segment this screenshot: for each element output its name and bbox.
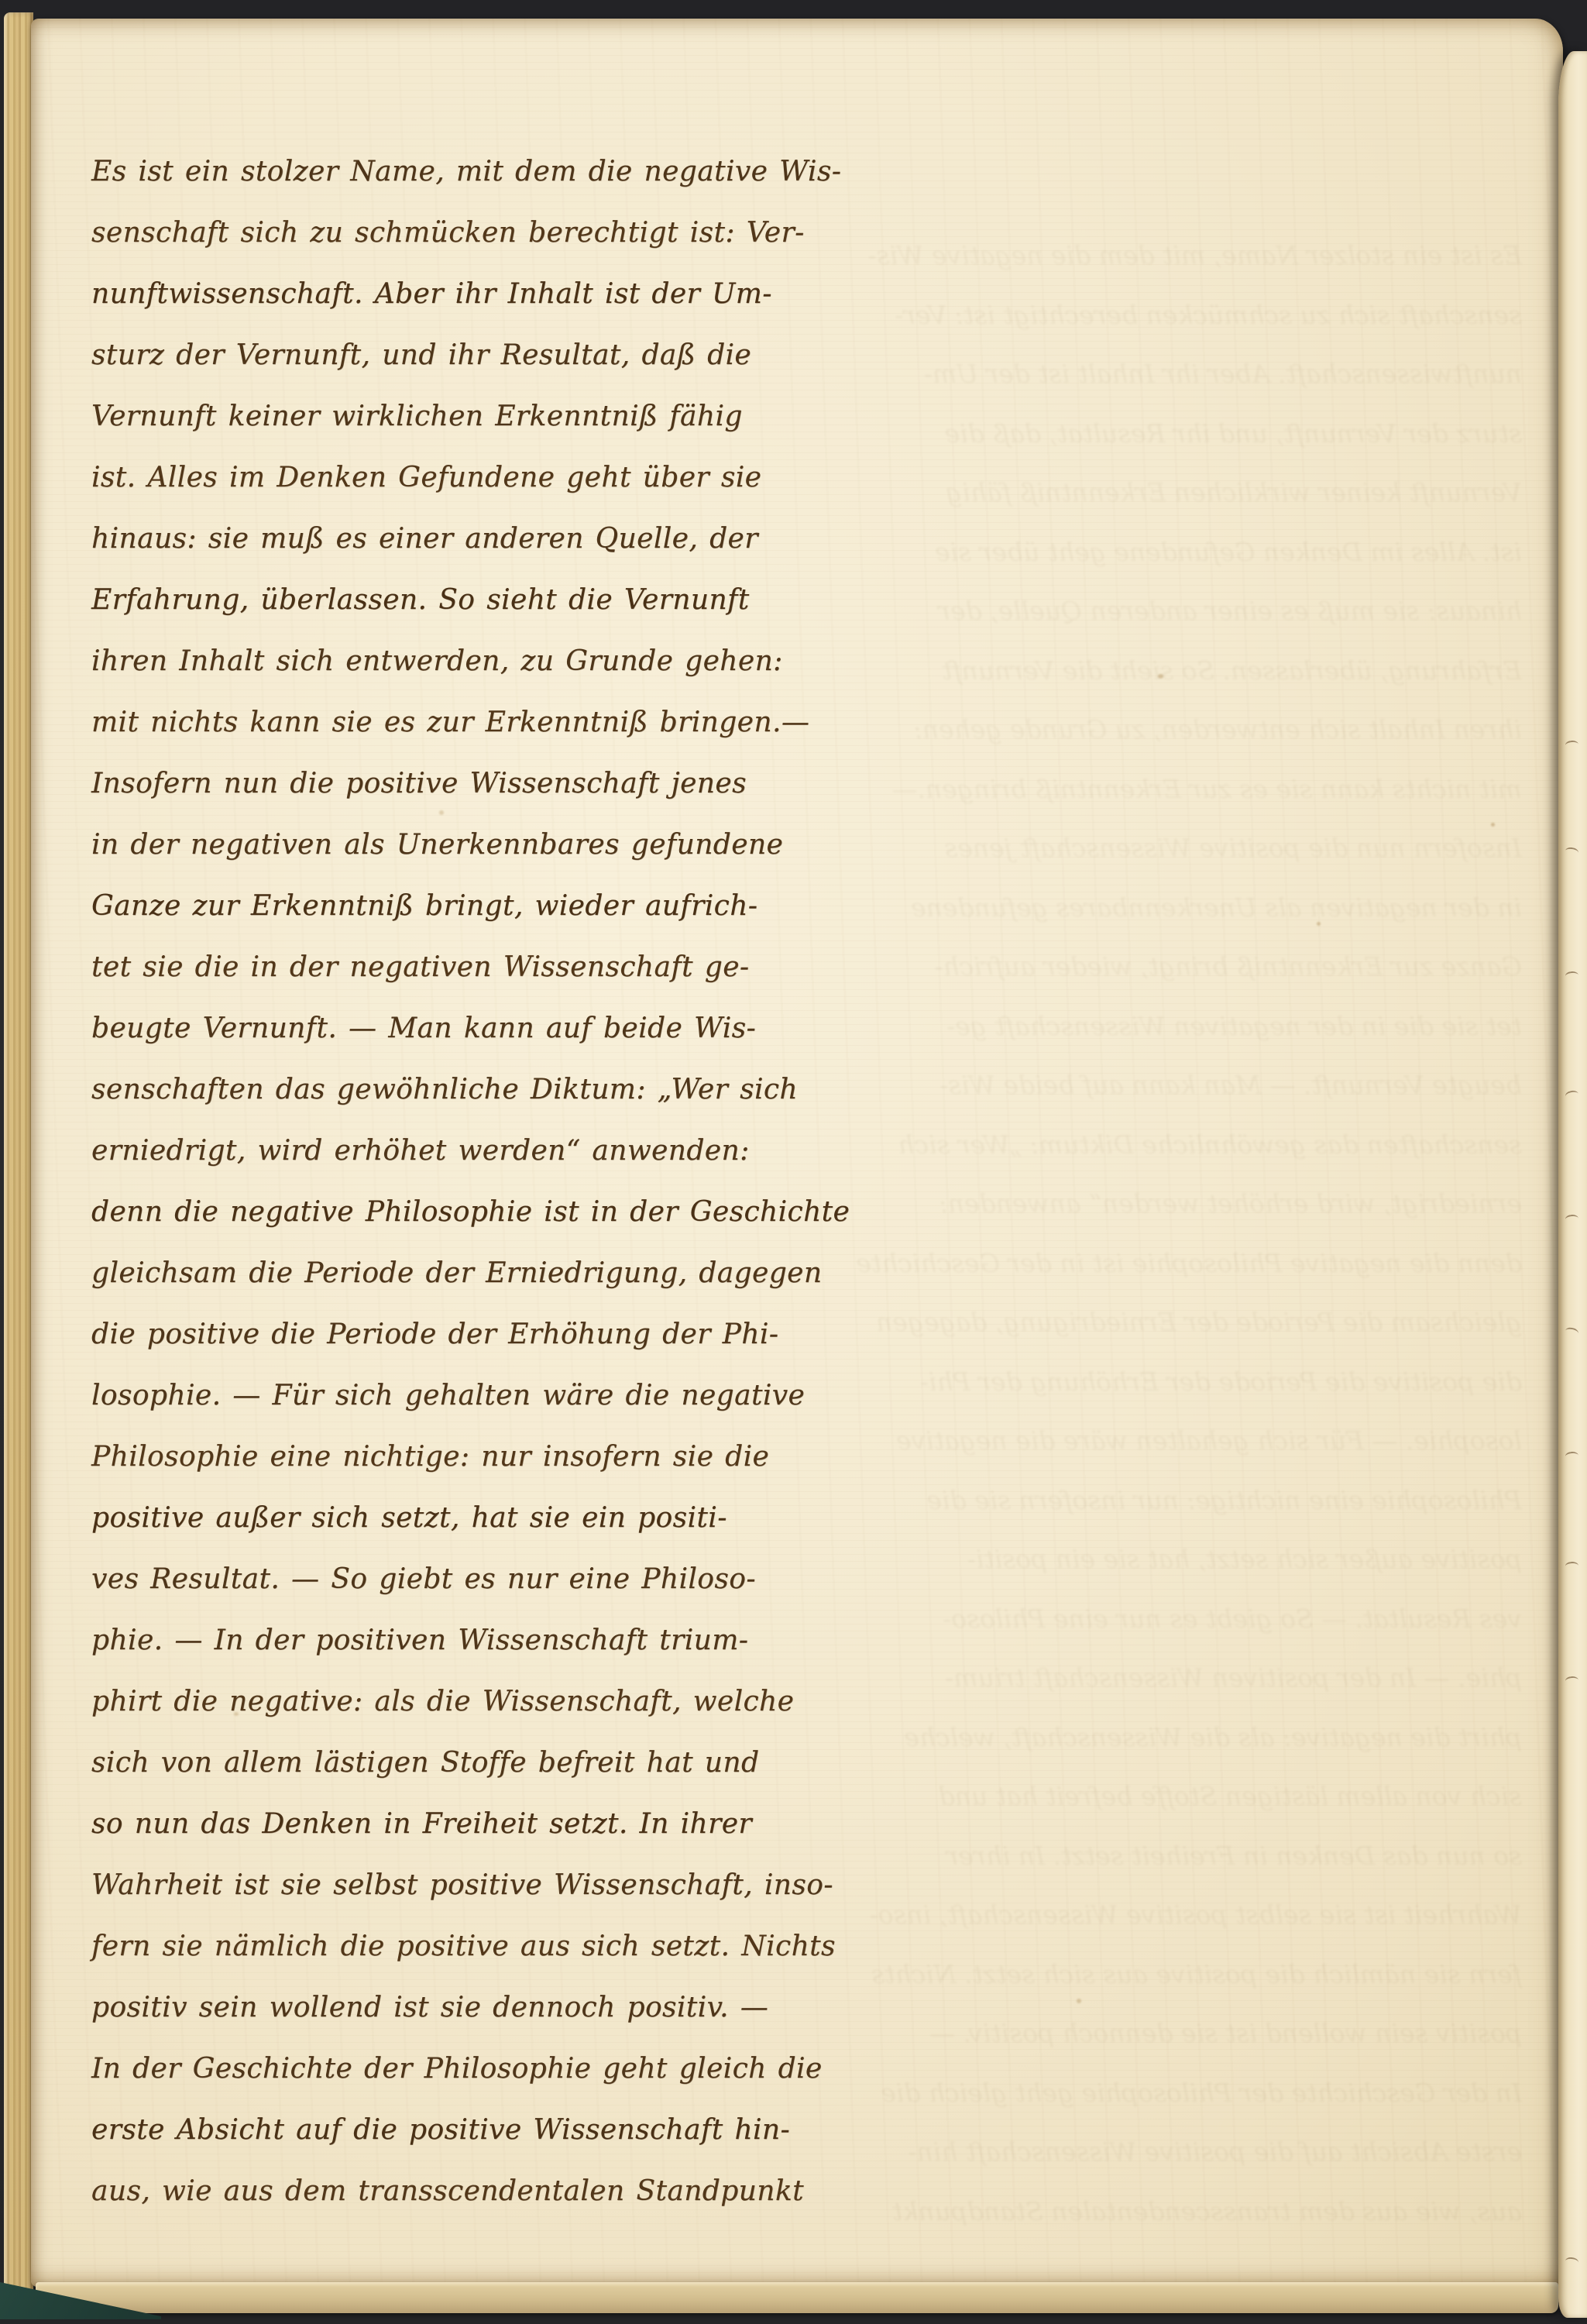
bleedthrough-line: mit nichts kann sie es zur Erkenntniß br…: [778, 760, 1522, 820]
next-page-writing-fragment: [1565, 740, 1578, 750]
next-page-writing-fragment: [1565, 1089, 1579, 1101]
manuscript-line: beugte Vernunft. — Man kann auf beide Wi…: [91, 998, 835, 1059]
manuscript-line: senschaft sich zu schmücken berechtigt i…: [91, 202, 835, 263]
manuscript-line: Philosophie eine nichtige: nur insofern …: [91, 1426, 835, 1487]
manuscript-line: sturz der Vernunft, und ihr Resultat, da…: [91, 325, 835, 386]
manuscript-line: in der negativen als Unerkennbares gefun…: [91, 814, 835, 875]
manuscript-line: positiv sein wollend ist sie dennoch pos…: [91, 1977, 835, 2038]
manuscript-scan: Es ist ein stolzer Name, mit dem die neg…: [0, 0, 1587, 2324]
bleedthrough-line: aus, wie aus dem transscendentalen Stand…: [778, 2182, 1522, 2242]
bleedthrough-line: tet sie die in der negativen Wissenschaf…: [778, 997, 1522, 1057]
next-page-writing-fragment: [1565, 971, 1578, 981]
bleedthrough-line: positiv sein wollend ist sie dennoch pos…: [778, 2004, 1522, 2064]
bleedthrough-line: erniedrigt, wird erhöhet werden“ anwende…: [778, 1174, 1522, 1234]
bleedthrough-line: Philosophie eine nichtige: nur insofern …: [778, 1471, 1522, 1531]
bleedthrough-line: sich von allem lästigen Stoffe befreit h…: [778, 1767, 1522, 1827]
page-bottom-stack-edge: [36, 2282, 1558, 2313]
manuscript-line: sich von allem lästigen Stoffe befreit h…: [91, 1732, 835, 1793]
manuscript-line: fern sie nämlich die positive aus sich s…: [91, 1916, 835, 1977]
fox-spot: [1317, 922, 1321, 926]
next-page-writing-fragment: [1565, 2257, 1579, 2266]
bleedthrough-line: in der negativen als Unerkennbares gefun…: [778, 878, 1522, 938]
manuscript-line: Wahrheit ist sie selbst positive Wissens…: [91, 1855, 835, 1916]
bleedthrough-line: Erfahrung, überlassen. So sieht die Vern…: [778, 641, 1522, 701]
manuscript-line: Erfahrung, überlassen. So sieht die Vern…: [91, 569, 835, 631]
manuscript-line: positive außer sich setzt, hat sie ein p…: [91, 1487, 835, 1549]
manuscript-line: mit nichts kann sie es zur Erkenntniß br…: [91, 692, 835, 753]
bleedthrough-line: beugte Vernunft. — Man kann auf beide Wi…: [778, 1056, 1522, 1116]
manuscript-line: Insofern nun die positive Wissenschaft j…: [91, 753, 835, 814]
handwritten-text-block: Es ist ein stolzer Name, mit dem die neg…: [91, 141, 835, 2222]
manuscript-line: denn die negative Philosophie ist in der…: [91, 1181, 835, 1243]
bleedthrough-line: hinaus: sie muß es einer anderen Quelle,…: [778, 582, 1522, 641]
bleedthrough-line: die positive die Periode der Erhöhung de…: [778, 1353, 1522, 1412]
manuscript-line: senschaften das gewöhnliche Diktum: „Wer…: [91, 1059, 835, 1120]
manuscript-line: Ganze zur Erkenntniß bringt, wieder aufr…: [91, 875, 835, 937]
next-page-writing-fragment: [1565, 1676, 1578, 1686]
bleedthrough-line: fern sie nämlich die positive aus sich s…: [778, 1945, 1522, 2005]
bleedthrough-line: so nun das Denken in Freiheit setzt. In …: [778, 1827, 1522, 1886]
bleedthrough-line: denn die negative Philosophie ist in der…: [778, 1234, 1522, 1294]
next-page-fore-edge: [1558, 51, 1587, 2318]
manuscript-line: die positive die Periode der Erhöhung de…: [91, 1304, 835, 1365]
bleedthrough-line: positive außer sich setzt, hat sie ein p…: [778, 1530, 1522, 1590]
fox-spot: [1491, 823, 1495, 827]
manuscript-line: tet sie die in der negativen Wissenschaf…: [91, 937, 835, 998]
fox-spot: [1077, 1999, 1081, 2003]
next-page-writing-fragment: [1565, 1561, 1578, 1571]
manuscript-line: erste Absicht auf die positive Wissensch…: [91, 2099, 835, 2161]
manuscript-line: hinaus: sie muß es einer anderen Quelle,…: [91, 508, 835, 569]
next-page-writing-fragment: [1565, 1214, 1578, 1224]
next-page-writing-fragment: [1565, 1327, 1579, 1338]
manuscript-line: gleichsam die Periode der Erniedrigung, …: [91, 1243, 835, 1304]
bleedthrough-line: Es ist ein stolzer Name, mit dem die neg…: [778, 226, 1522, 286]
next-page-writing-fragment: [1565, 1451, 1578, 1461]
manuscript-line: Vernunft keiner wirklichen Erkenntniß fä…: [91, 386, 835, 447]
bleedthrough-line: phie. — In der positiven Wissenschaft tr…: [778, 1648, 1522, 1708]
verso-bleedthrough-text: Es ist ein stolzer Name, mit dem die neg…: [778, 226, 1522, 2256]
manuscript-line: Es ist ein stolzer Name, mit dem die neg…: [91, 141, 835, 202]
manuscript-line: ist. Alles im Denken Gefundene geht über…: [91, 447, 835, 508]
bleedthrough-line: gleichsam die Periode der Erniedrigung, …: [778, 1293, 1522, 1353]
bleedthrough-line: sturz der Vernunft, und ihr Resultat, da…: [778, 404, 1522, 464]
manuscript-line: ves Resultat. — So giebt es nur eine Phi…: [91, 1549, 835, 1610]
bleedthrough-line: Vernunft keiner wirklichen Erkenntniß fä…: [778, 463, 1522, 523]
manuscript-line: losophie. — Für sich gehalten wäre die n…: [91, 1365, 835, 1426]
manuscript-line: so nun das Denken in Freiheit setzt. In …: [91, 1793, 835, 1855]
manuscript-line: erniedrigt, wird erhöhet werden“ anwende…: [91, 1120, 835, 1181]
bleedthrough-line: phirt die negative: als die Wissenschaft…: [778, 1708, 1522, 1768]
manuscript-line: aus, wie aus dem transscendentalen Stand…: [91, 2161, 835, 2222]
manuscript-page: Es ist ein stolzer Name, mit dem die neg…: [31, 19, 1563, 2287]
manuscript-line: nunftwissenschaft. Aber ihr Inhalt ist d…: [91, 263, 835, 325]
bleedthrough-line: nunftwissenschaft. Aber ihr Inhalt ist d…: [778, 345, 1522, 404]
next-page-writing-fragment: [1565, 847, 1578, 857]
bleedthrough-line: ves Resultat. — So giebt es nur eine Phi…: [778, 1590, 1522, 1649]
bleedthrough-line: ihren Inhalt sich entwerden, zu Grunde g…: [778, 700, 1522, 760]
bleedthrough-line: senschaft sich zu schmücken berechtigt i…: [778, 286, 1522, 346]
manuscript-line: In der Geschichte der Philosophie geht g…: [91, 2038, 835, 2099]
bleedthrough-line: Ganze zur Erkenntniß bringt, wieder aufr…: [778, 937, 1522, 997]
bleedthrough-line: Wahrheit ist sie selbst positive Wissens…: [778, 1886, 1522, 1945]
bleedthrough-line: ist. Alles im Denken Gefundene geht über…: [778, 523, 1522, 583]
fox-spot: [1158, 674, 1163, 679]
manuscript-line: phie. — In der positiven Wissenschaft tr…: [91, 1610, 835, 1671]
bleedthrough-line: losophie. — Für sich gehalten wäre die n…: [778, 1411, 1522, 1471]
bleedthrough-line: Insofern nun die positive Wissenschaft j…: [778, 819, 1522, 878]
book-binding-fore-edges: [4, 12, 33, 2307]
bleedthrough-line: erste Absicht auf die positive Wissensch…: [778, 2123, 1522, 2182]
bleedthrough-line: In der Geschichte der Philosophie geht g…: [778, 2064, 1522, 2123]
bleedthrough-line: senschaften das gewöhnliche Diktum: „Wer…: [778, 1116, 1522, 1175]
manuscript-line: ihren Inhalt sich entwerden, zu Grunde g…: [91, 631, 835, 692]
manuscript-line: phirt die negative: als die Wissenschaft…: [91, 1671, 835, 1732]
